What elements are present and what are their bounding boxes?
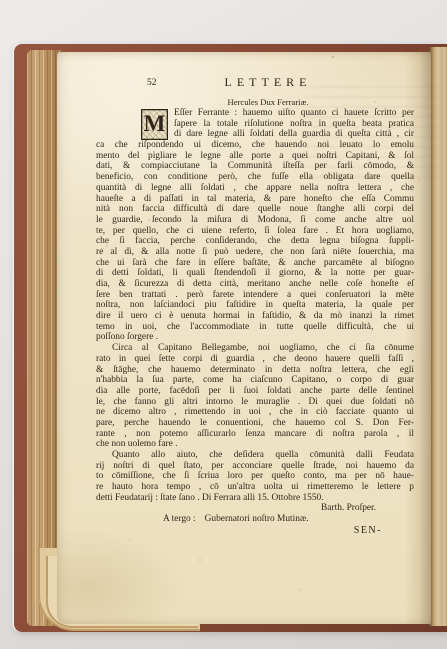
text-line: Quanto allo aiuto, che deſidera quella c… [112, 450, 414, 461]
text-line: rij noſtri di quel ſtato, per acconciare… [96, 461, 414, 472]
photo-backdrop: 52 LETTERE Hercules Dux Ferrariæ. M Eſſe… [0, 0, 447, 649]
text-line: rato in quei ſette corpi di guardia , ch… [96, 354, 414, 365]
text-line: rante , non potemo aſſicurarlo ſenza man… [96, 429, 414, 440]
text-line: nità non faccia difficultà di dare quell… [96, 204, 414, 215]
text-line: poſſono ſorgere . [96, 332, 414, 343]
text-line: noſtra, non laſciandoci piu faſtidire in… [96, 300, 414, 311]
running-title: LETTERE [109, 75, 427, 90]
text-line: pare, perche hauendo le conuentioni, che… [96, 418, 414, 429]
text-line: temo in uoi, che l'accommodiate in tutte… [96, 322, 414, 333]
text-line: te, per quello, che ci uiene referto, ſi… [96, 226, 414, 237]
verso-address: A tergo :Gubernatori noſtro Mutinæ. [163, 514, 414, 525]
text-line: che non uolemo fare . [96, 439, 414, 450]
text-line: che ui ſarà che fare in eſſere baſtāte, … [96, 258, 414, 269]
text-line: beneficio, con conditione però, che fuſſ… [96, 172, 414, 183]
text-line: quantità di legne alli ſoldati , che app… [96, 183, 414, 194]
text-line: di dare legne alli ſoldati della guardia… [174, 129, 414, 140]
drop-cap-initial: M [141, 109, 168, 140]
text-line: ne dicemo altro , rimettendo in uoi , ch… [96, 407, 414, 418]
text-line: & ſtāghe, che hauemo determinato in dett… [96, 365, 414, 376]
text-line: dati, & compiacciutane la Communità iſte… [96, 161, 414, 172]
letter-lines: Eſſer Ferrante : hauemo uiſto quanto ci … [96, 108, 414, 503]
book-page: 52 LETTERE Hercules Dux Ferrariæ. M Eſſe… [57, 52, 431, 624]
text-line: le guardie, ſecondo la miſura di Modona,… [96, 215, 414, 226]
text-line: le, che fanno gli altri intorno le murag… [96, 397, 414, 408]
text-line: re al dì, & alla notte ſi può uedere, ch… [96, 247, 414, 258]
text-line: dire il uero ci è uenuta hormai in faſti… [96, 311, 414, 322]
letter-body: M Eſſer Ferrante : hauemo uiſto quanto c… [96, 108, 414, 537]
text-line: dia alle porte, facēdoſi per li ſuoi ſol… [96, 386, 414, 397]
text-line: re hauto hora tempo , cō un'altra uolta … [96, 482, 414, 493]
text-line: ſapere la totale riſolutione noſtra in q… [174, 119, 414, 130]
text-line: to cōmiſſione, che ſi ſcriua loro per qu… [96, 471, 414, 482]
text-line: n'habbia la ſua parte, come ha ciaſcuno … [96, 375, 414, 386]
verso-address-label: A tergo : [163, 514, 196, 524]
text-line: Eſſer Ferrante : hauemo uiſto quanto ci … [174, 108, 414, 119]
fore-edge-right [429, 47, 447, 626]
text-line: mento del pigliare le legne alle porte a… [96, 151, 414, 162]
text-line: di detti ſoldati, li quali ſtendendoſi i… [96, 268, 414, 279]
text-line: dia, & ſicurezza di detta città, meritan… [96, 279, 414, 290]
catchword: SEN- [96, 526, 414, 537]
text-line: ſere ben trattati . però farete intender… [96, 290, 414, 301]
letter-heading: Hercules Dux Ferrariæ. [109, 97, 427, 107]
verso-address-text: Gubernatori noſtro Mutinæ. [205, 514, 309, 524]
text-line: che ſi faccia, perche conſiderando, che … [96, 236, 414, 247]
text-line: haueſte a di paſſati in tal materia, & p… [96, 194, 414, 205]
signature: Barth. Proſper. [96, 503, 414, 514]
text-line: ca che riſpondendo ui dicemo, che hauend… [96, 140, 414, 151]
text-line: detti Feudatarij : ſtate ſano . Di Ferra… [96, 493, 414, 504]
text-line: Circa al Capitano Bellegambe, noi uoglia… [112, 343, 414, 354]
